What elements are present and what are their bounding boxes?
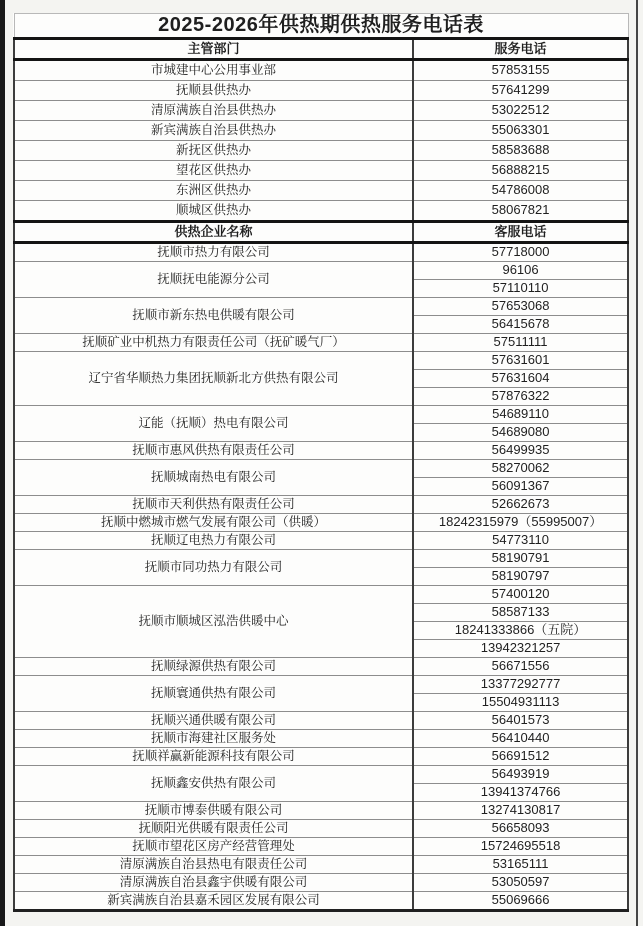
customer-phone-cell: 57876322 bbox=[413, 388, 628, 406]
company-row: 抚顺市热力有限公司57718000 bbox=[14, 243, 628, 262]
department-name-cell: 市城建中心公用事业部 bbox=[14, 60, 413, 81]
department-row: 清原满族自治县供热办53022512 bbox=[14, 101, 628, 121]
customer-phone-cell: 96106 bbox=[413, 262, 628, 280]
company-name-cell: 抚顺兴通供暖有限公司 bbox=[14, 712, 413, 730]
customer-phone-cell: 13274130817 bbox=[413, 802, 628, 820]
company-row: 抚顺市天利供热有限责任公司52662673 bbox=[14, 496, 628, 514]
customer-phone-cell: 54773110 bbox=[413, 532, 628, 550]
company-row: 抚顺抚电能源分公司96106 bbox=[14, 262, 628, 280]
company-row: 抚顺寰通供热有限公司13377292777 bbox=[14, 676, 628, 694]
customer-phone-cell: 15724695518 bbox=[413, 838, 628, 856]
company-row: 清原满族自治县热电有限责任公司53165111 bbox=[14, 856, 628, 874]
customer-phone-cell: 56401573 bbox=[413, 712, 628, 730]
column-header-company: 供热企业名称 bbox=[14, 222, 413, 243]
company-row: 抚顺鑫安供热有限公司56493919 bbox=[14, 766, 628, 784]
section2-header-row: 供热企业名称客服电话 bbox=[14, 222, 628, 243]
customer-phone-cell: 13941374766 bbox=[413, 784, 628, 802]
company-name-cell: 抚顺市热力有限公司 bbox=[14, 243, 413, 262]
company-name-cell: 抚顺阳光供暖有限责任公司 bbox=[14, 820, 413, 838]
company-row: 抚顺兴通供暖有限公司56401573 bbox=[14, 712, 628, 730]
company-name-cell: 抚顺市海建社区服务处 bbox=[14, 730, 413, 748]
company-row: 抚顺辽电热力有限公司54773110 bbox=[14, 532, 628, 550]
company-name-cell: 抚顺中燃城市燃气发展有限公司（供暖） bbox=[14, 514, 413, 532]
service-phone-cell: 54786008 bbox=[413, 181, 628, 201]
company-name-cell: 抚顺抚电能源分公司 bbox=[14, 262, 413, 298]
department-row: 市城建中心公用事业部57853155 bbox=[14, 60, 628, 81]
department-name-cell: 抚顺县供热办 bbox=[14, 81, 413, 101]
customer-phone-cell: 57631601 bbox=[413, 352, 628, 370]
department-name-cell: 新宾满族自治县供热办 bbox=[14, 121, 413, 141]
company-row: 抚顺市新东热电供暖有限公司57653068 bbox=[14, 298, 628, 316]
company-row: 抚顺阳光供暖有限责任公司56658093 bbox=[14, 820, 628, 838]
department-row: 望花区供热办56888215 bbox=[14, 161, 628, 181]
company-name-cell: 抚顺祥赢新能源科技有限公司 bbox=[14, 748, 413, 766]
department-row: 顺城区供热办58067821 bbox=[14, 201, 628, 222]
service-phone-cell: 53022512 bbox=[413, 101, 628, 121]
department-row: 东洲区供热办54786008 bbox=[14, 181, 628, 201]
company-name-cell: 清原满族自治县鑫宇供暖有限公司 bbox=[14, 874, 413, 892]
customer-phone-cell: 57400120 bbox=[413, 586, 628, 604]
customer-phone-cell: 58190797 bbox=[413, 568, 628, 586]
company-row: 抚顺市海建社区服务处56410440 bbox=[14, 730, 628, 748]
department-name-cell: 顺城区供热办 bbox=[14, 201, 413, 222]
company-row: 抚顺城南热电有限公司58270062 bbox=[14, 460, 628, 478]
company-row: 抚顺绿源供热有限公司56671556 bbox=[14, 658, 628, 676]
company-name-cell: 抚顺辽电热力有限公司 bbox=[14, 532, 413, 550]
customer-phone-cell: 56499935 bbox=[413, 442, 628, 460]
company-row: 抚顺市惠风供热有限责任公司56499935 bbox=[14, 442, 628, 460]
service-phone-cell: 55063301 bbox=[413, 121, 628, 141]
customer-phone-cell: 58270062 bbox=[413, 460, 628, 478]
department-row: 抚顺县供热办57641299 bbox=[14, 81, 628, 101]
company-name-cell: 抚顺市惠风供热有限责任公司 bbox=[14, 442, 413, 460]
page-title: 2025-2026年供热期供热服务电话表 bbox=[14, 14, 628, 39]
company-name-cell: 抚顺绿源供热有限公司 bbox=[14, 658, 413, 676]
customer-phone-cell: 56493919 bbox=[413, 766, 628, 784]
company-name-cell: 抚顺矿业中机热力有限责任公司（抚矿暖气厂） bbox=[14, 334, 413, 352]
service-phone-cell: 58067821 bbox=[413, 201, 628, 222]
customer-phone-cell: 57511111 bbox=[413, 334, 628, 352]
customer-phone-cell: 15504931113 bbox=[413, 694, 628, 712]
service-phone-cell: 56888215 bbox=[413, 161, 628, 181]
column-header-customer-phone: 客服电话 bbox=[413, 222, 628, 243]
customer-phone-cell: 54689080 bbox=[413, 424, 628, 442]
department-name-cell: 东洲区供热办 bbox=[14, 181, 413, 201]
customer-phone-cell: 53165111 bbox=[413, 856, 628, 874]
service-phone-cell: 58583688 bbox=[413, 141, 628, 161]
company-name-cell: 清原满族自治县热电有限责任公司 bbox=[14, 856, 413, 874]
customer-phone-cell: 18241333866（五院） bbox=[413, 622, 628, 640]
customer-phone-cell: 56410440 bbox=[413, 730, 628, 748]
customer-phone-cell: 57653068 bbox=[413, 298, 628, 316]
company-name-cell: 辽宁省华顺热力集团抚顺新北方供热有限公司 bbox=[14, 352, 413, 406]
company-row: 抚顺市博泰供暖有限公司13274130817 bbox=[14, 802, 628, 820]
customer-phone-cell: 13377292777 bbox=[413, 676, 628, 694]
customer-phone-cell: 52662673 bbox=[413, 496, 628, 514]
column-header-service-phone: 服务电话 bbox=[413, 39, 628, 60]
company-row: 清原满族自治县鑫宇供暖有限公司53050597 bbox=[14, 874, 628, 892]
customer-phone-cell: 56671556 bbox=[413, 658, 628, 676]
company-name-cell: 抚顺市博泰供暖有限公司 bbox=[14, 802, 413, 820]
company-name-cell: 抚顺市顺城区泓浩供暖中心 bbox=[14, 586, 413, 658]
department-row: 新宾满族自治县供热办55063301 bbox=[14, 121, 628, 141]
company-name-cell: 抚顺城南热电有限公司 bbox=[14, 460, 413, 496]
customer-phone-cell: 57631604 bbox=[413, 370, 628, 388]
customer-phone-cell: 57110110 bbox=[413, 280, 628, 298]
company-row: 抚顺祥赢新能源科技有限公司56691512 bbox=[14, 748, 628, 766]
section1-header-row: 主管部门服务电话 bbox=[14, 39, 628, 60]
company-row: 辽宁省华顺热力集团抚顺新北方供热有限公司57631601 bbox=[14, 352, 628, 370]
photo-left-edge bbox=[0, 0, 5, 926]
company-row: 抚顺市望花区房产经营管理处15724695518 bbox=[14, 838, 628, 856]
photo-right-edge bbox=[636, 0, 638, 926]
customer-phone-cell: 57718000 bbox=[413, 243, 628, 262]
column-header-department: 主管部门 bbox=[14, 39, 413, 60]
company-name-cell: 抚顺市望花区房产经营管理处 bbox=[14, 838, 413, 856]
company-row: 抚顺市同功热力有限公司58190791 bbox=[14, 550, 628, 568]
company-row: 抚顺市顺城区泓浩供暖中心57400120 bbox=[14, 586, 628, 604]
company-row: 辽能（抚顺）热电有限公司54689110 bbox=[14, 406, 628, 424]
customer-phone-cell: 56691512 bbox=[413, 748, 628, 766]
department-name-cell: 清原满族自治县供热办 bbox=[14, 101, 413, 121]
department-name-cell: 望花区供热办 bbox=[14, 161, 413, 181]
service-phone-cell: 57853155 bbox=[413, 60, 628, 81]
customer-phone-cell: 13942321257 bbox=[413, 640, 628, 658]
customer-phone-cell: 55069666 bbox=[413, 892, 628, 911]
customer-phone-cell: 58190791 bbox=[413, 550, 628, 568]
company-row: 抚顺矿业中机热力有限责任公司（抚矿暖气厂）57511111 bbox=[14, 334, 628, 352]
company-name-cell: 新宾满族自治县嘉禾园区发展有限公司 bbox=[14, 892, 413, 911]
customer-phone-cell: 53050597 bbox=[413, 874, 628, 892]
department-row: 新抚区供热办58583688 bbox=[14, 141, 628, 161]
company-name-cell: 抚顺寰通供热有限公司 bbox=[14, 676, 413, 712]
company-name-cell: 抚顺鑫安供热有限公司 bbox=[14, 766, 413, 802]
customer-phone-cell: 56415678 bbox=[413, 316, 628, 334]
company-name-cell: 抚顺市新东热电供暖有限公司 bbox=[14, 298, 413, 334]
company-row: 新宾满族自治县嘉禾园区发展有限公司55069666 bbox=[14, 892, 628, 911]
heating-phone-table: 2025-2026年供热期供热服务电话表 主管部门服务电话市城建中心公用事业部5… bbox=[13, 13, 629, 912]
customer-phone-cell: 58587133 bbox=[413, 604, 628, 622]
company-name-cell: 抚顺市同功热力有限公司 bbox=[14, 550, 413, 586]
document-sheet: 2025-2026年供热期供热服务电话表 主管部门服务电话市城建中心公用事业部5… bbox=[13, 13, 629, 912]
customer-phone-cell: 56091367 bbox=[413, 478, 628, 496]
company-name-cell: 辽能（抚顺）热电有限公司 bbox=[14, 406, 413, 442]
customer-phone-cell: 54689110 bbox=[413, 406, 628, 424]
company-row: 抚顺中燃城市燃气发展有限公司（供暖）18242315979（55995007） bbox=[14, 514, 628, 532]
company-name-cell: 抚顺市天利供热有限责任公司 bbox=[14, 496, 413, 514]
title-row: 2025-2026年供热期供热服务电话表 bbox=[14, 14, 628, 39]
customer-phone-cell: 18242315979（55995007） bbox=[413, 514, 628, 532]
department-name-cell: 新抚区供热办 bbox=[14, 141, 413, 161]
service-phone-cell: 57641299 bbox=[413, 81, 628, 101]
customer-phone-cell: 56658093 bbox=[413, 820, 628, 838]
